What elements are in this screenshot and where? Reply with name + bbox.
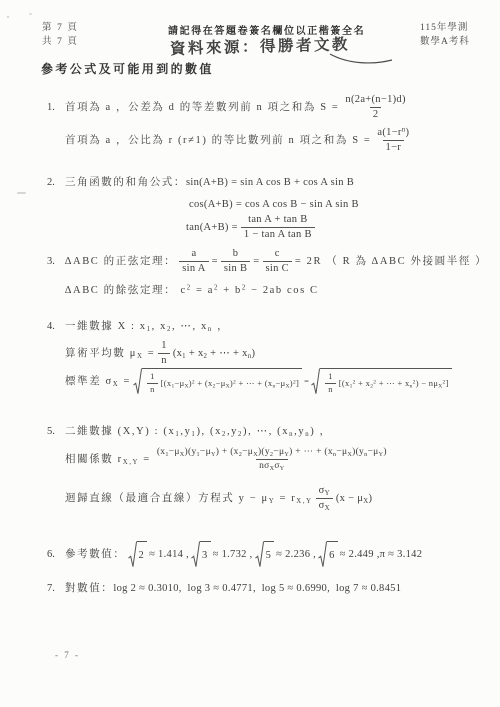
item3-sine-law-label: ∆ABC 的正弦定理： (65, 255, 176, 268)
item6-value: ≈ 2.236 , (276, 548, 316, 561)
item3-circumradius-note: = 2R （ R 為 ∆ABC 外接圓半徑 ） (295, 255, 487, 268)
radical-sign-icon (128, 541, 137, 568)
item5-regression-expression: (x − μX) (336, 492, 372, 505)
footer-page-number-text: - 7 - (55, 650, 80, 661)
fraction-numerator: a (188, 248, 199, 261)
formula-item5-line3: 迴歸直線（最適合直線）方程式 y − μY = rX,Y σY σX (x − … (65, 485, 372, 512)
item4-data-definition: 一維數據 X : x1, x2, ⋯, xn ， (65, 320, 229, 333)
fraction-numerator: 1 (325, 372, 336, 383)
fraction: a sin A (179, 248, 208, 275)
item3-cosine-law: ∆ABC 的餘弦定理： c2 = a2 + b2 − 2ab cos C (65, 284, 319, 297)
item2-sin-formula: sin(A+B) = sin A cos B + cos A sin B (186, 176, 354, 189)
footer-page-number: - 7 - (55, 650, 80, 661)
equals-sign: = (253, 255, 259, 268)
item1-line1-text: 首項為 a ，公差為 d 的等差數列前 n 項之和為 S = (65, 101, 339, 114)
radical-sign-icon (311, 368, 320, 395)
fraction-numerator: a(1−rn) (374, 127, 412, 140)
fraction: tan A + tan B 1 − tan A tan B (241, 214, 315, 241)
fraction-denominator: σX (316, 498, 333, 512)
scan-speck (29, 13, 32, 15)
formula-item2-line1: 2. 三角函數的和角公式： sin(A+B) = sin A cos B + c… (47, 176, 354, 189)
radicand: 2 (137, 541, 148, 568)
document-page: 第 7 頁 共 7 頁 請記得在答題卷簽名欄位以正楷簽全名 資料來源：得勝者文教… (0, 0, 500, 707)
fraction-numerator: b (230, 248, 242, 261)
fraction: 1 n (147, 372, 158, 395)
item6-value: ≈ 2.449 , (340, 548, 380, 561)
formula-item1-line2: 首項為 a ，公比為 r (r≠1) 的等比數列前 n 項之和為 S = a(1… (65, 127, 415, 154)
fraction-numerator: 1 (158, 340, 170, 353)
fraction-denominator: 2 (370, 107, 382, 121)
radicand: 5 (264, 541, 275, 568)
fraction-denominator: 1 − tan A tan B (241, 227, 315, 241)
item5-number: 5. (47, 425, 65, 438)
formula-item5-line2: 相關係數 rX,Y = (x1−μX)(y1−μY) + (x2−μX)(y2−… (65, 447, 393, 472)
item4-mean-expression: (x1 + x2 + ⋯ + xn) (173, 347, 255, 360)
item6-value: ≈ 1.732 , (213, 548, 253, 561)
handwritten-annotation: 資料來源：得勝者文教 (170, 35, 350, 59)
formula-item4-line2: 算術平均數 μX = 1 n (x1 + x2 + ⋯ + xn) (65, 340, 255, 367)
radical-sign-icon (191, 541, 200, 568)
page-number-block: 第 7 頁 共 7 頁 (42, 21, 79, 49)
fraction-denominator: n (158, 353, 170, 367)
fraction: b sin B (221, 248, 250, 275)
item6-value: ≈ 1.414 , (149, 548, 189, 561)
fraction-denominator: 1−r (383, 140, 405, 154)
item1-line2-text: 首項為 a ，公比為 r (r≠1) 的等比數列前 n 項之和為 S = (65, 134, 371, 147)
square-root: 1 n [(x1−μX)2 + (x2−μX)2 + ⋯ + (xn−μX)2] (133, 368, 302, 395)
formula-item1-line1: 1. 首項為 a ，公差為 d 的等差數列前 n 項之和為 S = n(2a+(… (47, 94, 412, 121)
item4-mean-label: 算術平均數 μX = (65, 347, 155, 360)
fraction: n(2a+(n−1)d) 2 (342, 94, 408, 121)
exam-info-block: 115年學測 數學A考科 (420, 21, 470, 49)
formula-item5-line1: 5. 二維數據 (X,Y) : (x1,y1), (x2,y2), ⋯, (xn… (47, 425, 332, 438)
fraction: 1 n (325, 372, 336, 395)
handwritten-annotation-text: 資料來源：得勝者文教 (170, 35, 350, 59)
fraction-denominator: nσXσY (256, 459, 287, 472)
fraction-denominator: n (147, 383, 158, 395)
item3-number: 3. (47, 255, 65, 268)
item1-number: 1. (47, 101, 65, 114)
square-root: 1 n [(x12 + x22 + ⋯ + xn2) − nμX2] (311, 368, 451, 395)
fraction: c sin C (263, 248, 292, 275)
item6-number: 6. (47, 548, 65, 561)
page-title: 參考公式及可能用到的數值 (41, 62, 214, 77)
fraction-numerator: 1 (147, 372, 158, 383)
formula-item4-line3: 標準差 σX = 1 n [(x1−μX)2 + (x2−μX)2 + ⋯ + … (65, 368, 454, 395)
item5-correlation-label: 相關係數 rX,Y = (65, 453, 151, 466)
formula-item2-line2: cos(A+B) = cos A cos B − sin A sin B (189, 198, 359, 211)
formula-item3-line2: ∆ABC 的餘弦定理： c2 = a2 + b2 − 2ab cos C (65, 284, 319, 297)
fraction: (x1−μX)(y1−μY) + (x2−μX)(y2−μY) + ⋯ + (x… (154, 447, 390, 472)
item4-stddev-label: 標準差 σX = (65, 375, 131, 388)
radical-sign-icon (133, 368, 142, 395)
radicand: 3 (200, 541, 211, 568)
fraction-numerator: σY (316, 485, 333, 498)
square-root: 2 (128, 541, 148, 568)
formula-item3-line1: 3. ∆ABC 的正弦定理： a sin A = b sin B = c sin… (47, 248, 487, 275)
scan-speck (17, 192, 26, 194)
item2-number: 2. (47, 176, 65, 189)
fraction: 1 n (158, 340, 170, 367)
formula-item2-line3: tan(A+B) = tan A + tan B 1 − tan A tan B (186, 214, 318, 241)
item7-label: 對數值： (65, 582, 113, 595)
handwritten-swoosh-stroke (328, 52, 394, 66)
item2-tan-formula-lhs: tan(A+B) = (186, 221, 238, 234)
item2-label: 三角函數的和角公式： (65, 176, 186, 189)
fraction-numerator: tan A + tan B (245, 214, 310, 227)
radicand: 1 n [(x12 + x22 + ⋯ + xn2) − nμX2] (320, 368, 451, 395)
item7-log-values: log 2 ≈ 0.3010, log 3 ≈ 0.4771, log 5 ≈ … (113, 582, 401, 595)
fraction-denominator: sin A (179, 261, 208, 275)
item4-stddev-expression1: [(x1−μX)2 + (x2−μX)2 + ⋯ + (xn−μX)2] (161, 378, 300, 389)
page-title-text: 參考公式及可能用到的數值 (41, 62, 214, 77)
fraction-denominator: n (325, 383, 336, 395)
scan-speck (7, 16, 9, 18)
fraction-numerator: (x1−μX)(y1−μY) + (x2−μX)(y2−μY) + ⋯ + (x… (154, 447, 390, 459)
item6-pi-value: π ≈ 3.142 (380, 548, 423, 561)
formula-item6: 6. 參考數值： 2 ≈ 1.414 , 3 ≈ 1.732 , 5 ≈ 2.2… (47, 541, 422, 568)
fraction-numerator: c (272, 248, 283, 261)
fraction-denominator: sin C (263, 261, 292, 275)
page-number-line2: 共 7 頁 (42, 35, 79, 49)
radical-sign-icon (318, 541, 327, 568)
page-number-line1: 第 7 頁 (42, 21, 79, 35)
equals-sign: = (212, 255, 218, 268)
item4-stddev-expression2: [(x12 + x22 + ⋯ + xn2) − nμX2] (339, 378, 449, 389)
exam-subject: 數學A考科 (420, 35, 470, 49)
fraction-denominator: sin B (221, 261, 250, 275)
item7-number: 7. (47, 582, 65, 595)
square-root: 6 (318, 541, 338, 568)
formula-item7: 7. 對數值： log 2 ≈ 0.3010, log 3 ≈ 0.4771, … (47, 582, 401, 595)
item5-data-definition: 二維數據 (X,Y) : (x1,y1), (x2,y2), ⋯, (xn,yn… (65, 425, 332, 438)
equals-sign: = (304, 376, 309, 387)
radical-sign-icon (255, 541, 264, 568)
item4-number: 4. (47, 320, 65, 333)
square-root: 3 (191, 541, 211, 568)
radicand: 6 (327, 541, 338, 568)
radicand: 1 n [(x1−μX)2 + (x2−μX)2 + ⋯ + (xn−μX)2] (142, 368, 302, 395)
item5-regression-label: 迴歸直線（最適合直線）方程式 y − μY = rX,Y (65, 492, 313, 505)
fraction: σY σX (316, 485, 333, 512)
square-root: 5 (255, 541, 275, 568)
formula-item4-line1: 4. 一維數據 X : x1, x2, ⋯, xn ， (47, 320, 229, 333)
item6-label: 參考數值： (65, 548, 126, 561)
item2-cos-formula: cos(A+B) = cos A cos B − sin A sin B (189, 198, 359, 211)
exam-year: 115年學測 (420, 21, 468, 35)
fraction-numerator: n(2a+(n−1)d) (342, 94, 408, 107)
fraction: a(1−rn) 1−r (374, 127, 412, 154)
